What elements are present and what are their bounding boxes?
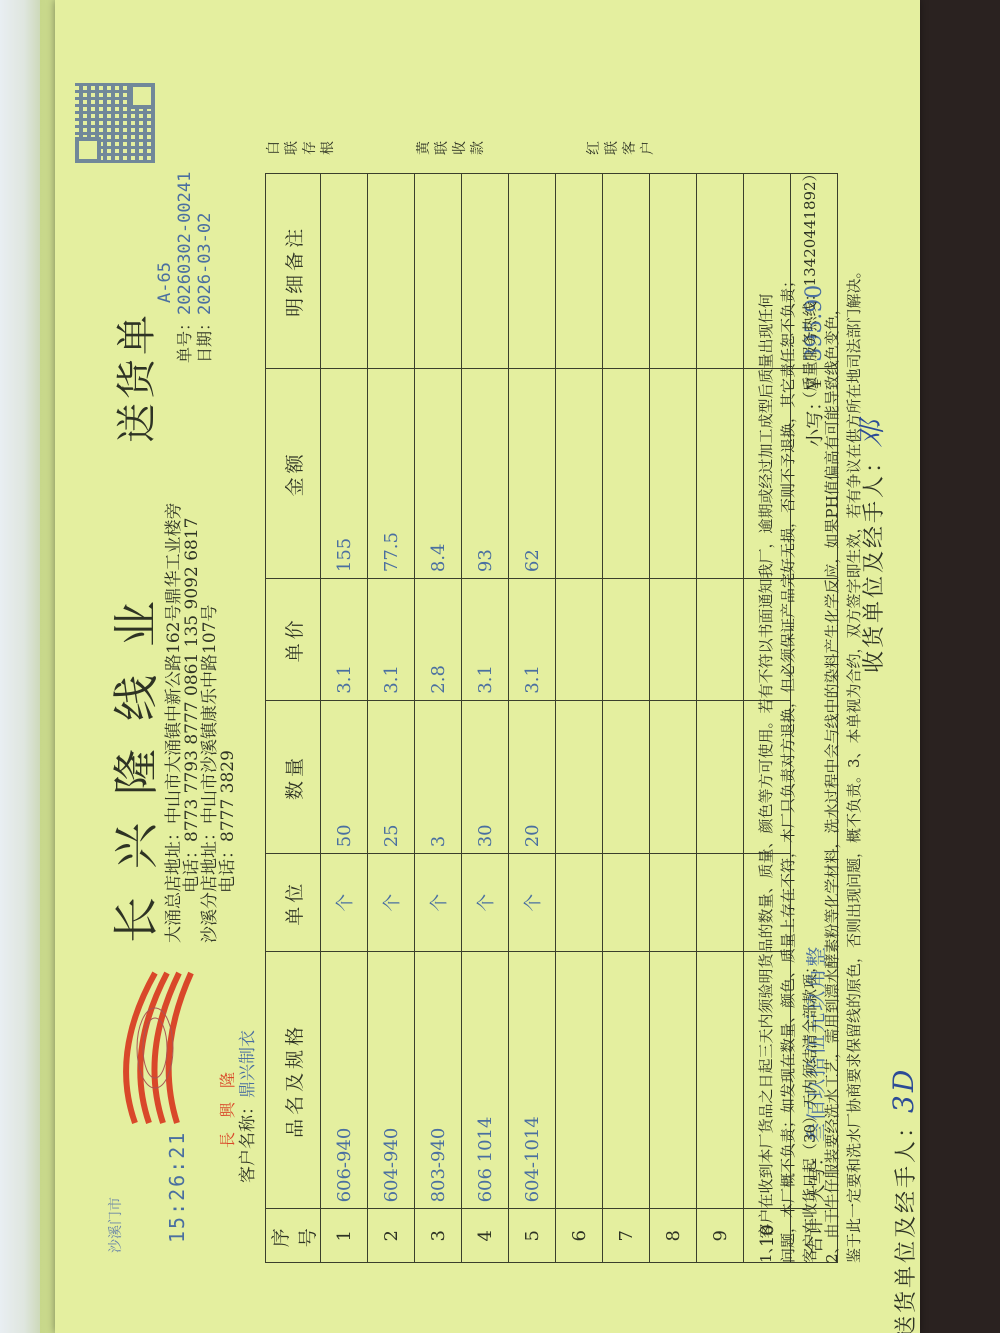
- copy-white-stub: 白联存根: [265, 138, 337, 158]
- sender-signature: 送货单位及经手人：3D: [887, 1067, 920, 1333]
- document-meta: A-65 单号：20260302-00241 日期：2026-03-02: [155, 172, 215, 363]
- red-thread-spool-logo-icon: [115, 963, 205, 1133]
- delivery-note-paper: 沙溪门市 15:26:21 長興隆 长兴隆线业 送货单 大涌总店地址：中山市大涌…: [55, 0, 920, 1333]
- store-tag: 沙溪门市: [105, 1197, 125, 1253]
- table-row: 8: [650, 174, 697, 1263]
- table-row: 7: [603, 174, 650, 1263]
- col-header-no: 序号: [266, 1209, 321, 1263]
- branch-phone: 电话：8777 3829: [219, 750, 238, 893]
- col-header-qty: 数量: [266, 700, 321, 854]
- table-row: 4606 1014个303.193: [462, 174, 509, 1263]
- form-code: A-65: [155, 172, 175, 363]
- header: 沙溪门市 15:26:21 長興隆 长兴隆线业 送货单 大涌总店地址：中山市大涌…: [65, 63, 275, 1263]
- copy-red-customer: 红联客户: [585, 138, 657, 158]
- order-number: 单号：20260302-00241: [175, 172, 195, 363]
- order-date: 日期：2026-03-02: [195, 172, 215, 363]
- table-row: 5604-1014个203.162: [509, 174, 556, 1263]
- table-header-row: 序号 品名及规格 单位 数量 单价 金额 明细备注: [266, 174, 321, 1263]
- table-row: 1606-940个503.1155: [321, 174, 368, 1263]
- table-row: 3803-940个32.88.4: [415, 174, 462, 1263]
- company-name: 长兴隆线业: [100, 573, 166, 943]
- col-header-amount: 金额: [266, 368, 321, 578]
- document-type: 送货单: [105, 311, 162, 443]
- col-header-note: 明细备注: [266, 174, 321, 369]
- quality-hotline: （质量服务热线：13420441892）: [801, 166, 819, 398]
- qr-code-icon: [75, 83, 155, 163]
- col-header-name: 品名及规格: [266, 952, 321, 1209]
- copy-yellow-payment: 黄联收款: [415, 138, 487, 158]
- delivery-note: 沙溪门市 15:26:21 長興隆 长兴隆线业 送货单 大涌总店地址：中山市大涌…: [55, 0, 920, 1333]
- items-table: 序号 品名及规格 单位 数量 单价 金额 明细备注 1606-940个503.1…: [265, 173, 838, 1263]
- table-row: 2604-940个253.177.5: [368, 174, 415, 1263]
- print-time: 15:26:21: [165, 1131, 189, 1243]
- table-row: 6: [556, 174, 603, 1263]
- table-row: 9: [697, 174, 744, 1263]
- terms-and-conditions: 1、客户在收到本厂货品之日起三天内须验明货品的数量、质量、颜色等方可使用。若有不…: [755, 63, 865, 1263]
- col-header-price: 单价: [266, 579, 321, 701]
- receiver-signature: 收货单位及经手人：邓: [850, 417, 890, 673]
- col-header-unit: 单位: [266, 854, 321, 952]
- customer-name: 客户名称：鼎兴制衣: [233, 1030, 258, 1183]
